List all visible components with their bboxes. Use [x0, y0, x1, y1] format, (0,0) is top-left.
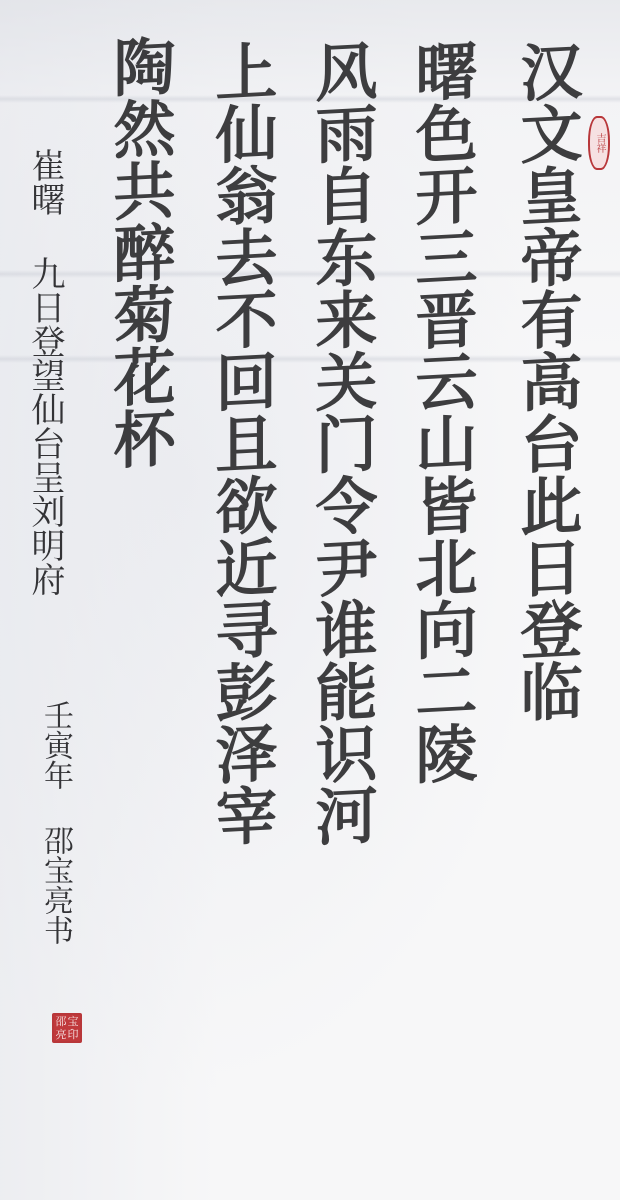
- poem-column-2: 曙色开三晋云山皆北向二陵: [410, 38, 472, 1161]
- seal-char: 宝: [67, 1016, 79, 1027]
- seal-char: 邵: [55, 1016, 67, 1027]
- artist-signature: 壬寅年 邵宝亮书: [40, 700, 70, 1020]
- name-seal-stamp: 邵 宝 亮 印: [52, 1013, 82, 1043]
- inscription-author-title: 崔曙 九日登望仙台呈刘明府: [28, 148, 62, 708]
- leading-seal-stamp: 吉祥: [588, 116, 610, 170]
- poem-column-4: 上仙翁去不回且欲近寻彭泽宰: [210, 38, 272, 1161]
- poem-column-1: 汉文皇帝有高台此日登临: [515, 38, 577, 1161]
- seal-char: 印: [67, 1029, 79, 1040]
- seal-char: 亮: [55, 1029, 67, 1040]
- poem-column-5: 陶然共醉菊花杯: [108, 33, 170, 716]
- poem-column-3: 风雨自东来关门令尹谁能识河: [310, 38, 372, 1161]
